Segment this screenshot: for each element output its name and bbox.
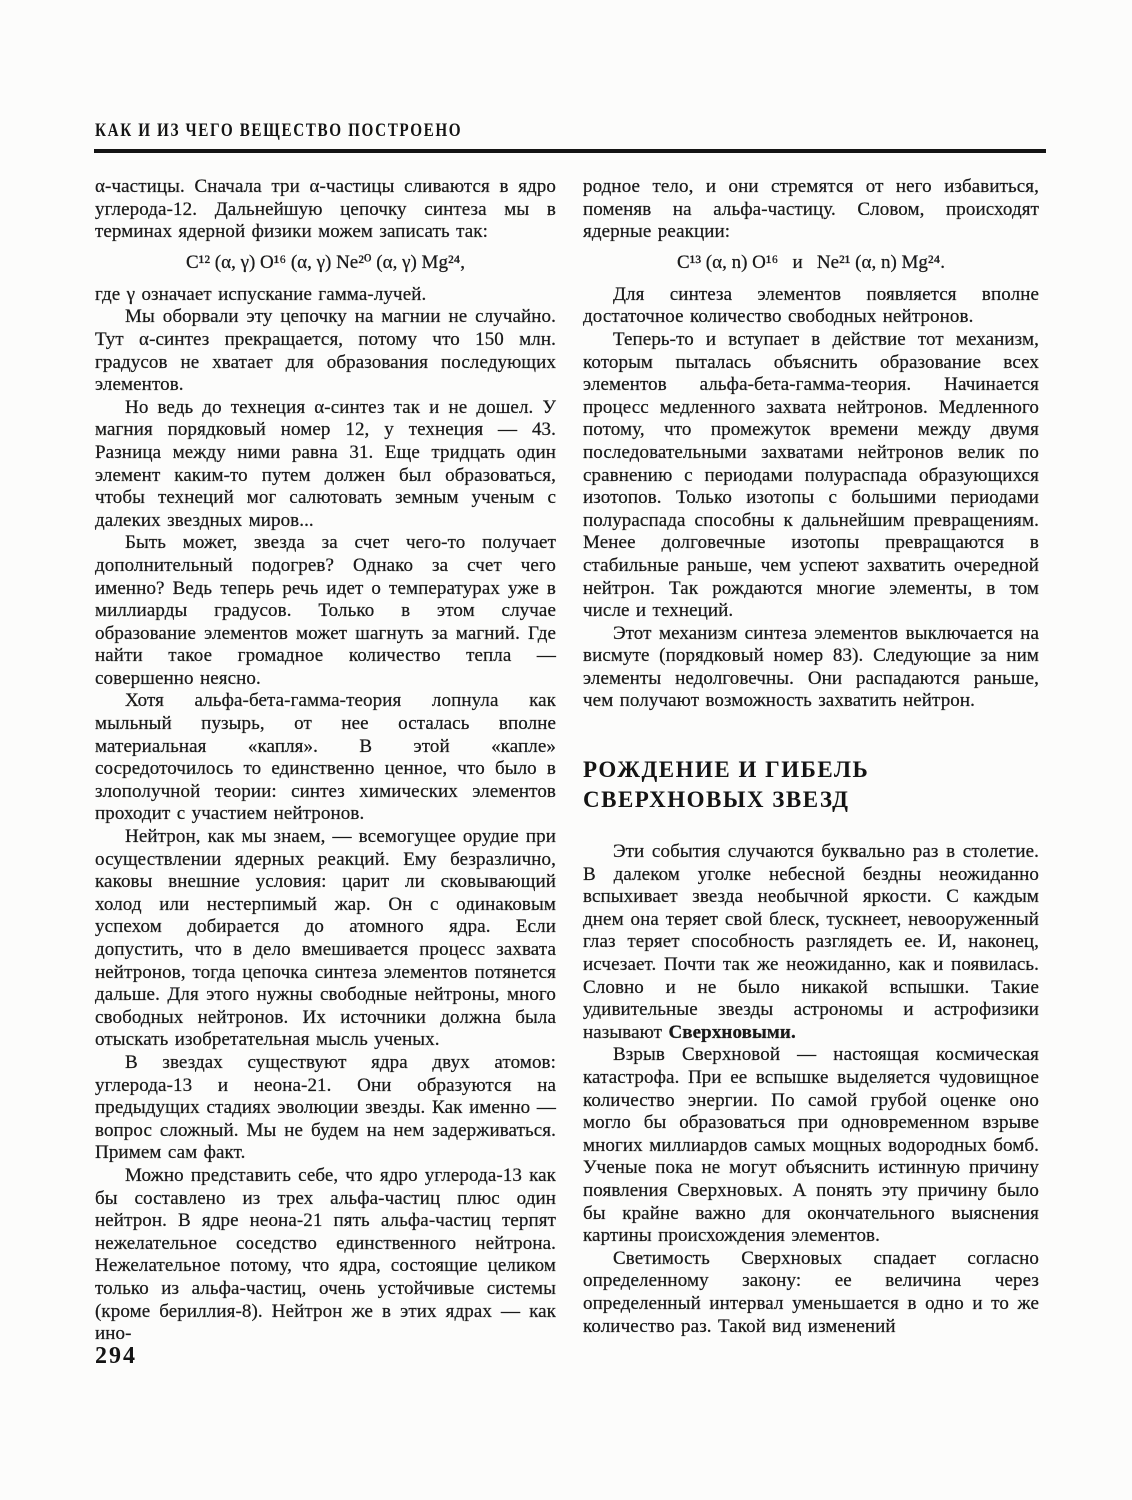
bold-term-supernovae: Сверхновыми. (668, 1022, 795, 1043)
section-heading: РОЖДЕНИЕ И ГИБЕЛЬ СВЕРХНОВЫХ ЗВЕЗД (583, 755, 1039, 815)
page-columns: α-частицы. Сначала три α-частицы сливают… (95, 176, 1039, 1346)
nuclear-reaction-formula-alpha-n: C¹³ (α, n) O¹⁶ и Ne²¹ (α, n) Mg²⁴. (583, 251, 1039, 275)
book-page: КАК И ИЗ ЧЕГО ВЕЩЕСТВО ПОСТРОЕНО α-части… (0, 0, 1132, 1500)
paragraph: Эти события случаются буквально раз в ст… (583, 841, 1039, 1044)
paragraph: где γ означает испускание гамма-лучей. (95, 284, 556, 307)
left-column: α-частицы. Сначала три α-частицы сливают… (95, 176, 556, 1346)
page-number: 294 (95, 1343, 137, 1370)
paragraph: Но ведь до технеция α-синтез так и не до… (95, 397, 556, 533)
paragraph-text: Эти события случаются буквально раз в ст… (583, 841, 1039, 1043)
nuclear-reaction-formula-alpha-gamma: C¹² (α, γ) O¹⁶ (α, γ) Ne²⁰ (α, γ) Mg²⁴, (95, 251, 556, 275)
paragraph: α-частицы. Сначала три α-частицы сливают… (95, 176, 556, 244)
paragraph: Этот механизм синтеза элементов выключае… (583, 623, 1039, 713)
header-rule (94, 149, 1046, 153)
paragraph: Светимость Сверхновых спадает согласно о… (583, 1248, 1039, 1338)
paragraph: Нейтрон, как мы знаем, — всемогущее оруд… (95, 826, 556, 1052)
paragraph: родное тело, и они стремятся от него изб… (583, 176, 1039, 244)
right-column: родное тело, и они стремятся от него изб… (583, 176, 1039, 1346)
section-heading-line: СВЕРХНОВЫХ ЗВЕЗД (583, 785, 1039, 815)
paragraph: Для синтеза элементов появляется вполне … (583, 284, 1039, 329)
running-head: КАК И ИЗ ЧЕГО ВЕЩЕСТВО ПОСТРОЕНО (95, 120, 462, 142)
paragraph: Теперь-то и вступает в действие тот меха… (583, 329, 1039, 623)
paragraph: В звездах существуют ядра двух атомов: у… (95, 1052, 556, 1165)
paragraph: Быть может, звезда за счет чего-то получ… (95, 532, 556, 690)
paragraph: Можно представить себе, что ядро углерод… (95, 1165, 556, 1346)
paragraph: Хотя альфа-бета-гамма-теория лопнула как… (95, 690, 556, 826)
paragraph: Взрыв Сверхновой — настоящая космическая… (583, 1044, 1039, 1247)
section-heading-line: РОЖДЕНИЕ И ГИБЕЛЬ (583, 755, 1039, 785)
paragraph: Мы оборвали эту цепочку на магнии не слу… (95, 306, 556, 396)
